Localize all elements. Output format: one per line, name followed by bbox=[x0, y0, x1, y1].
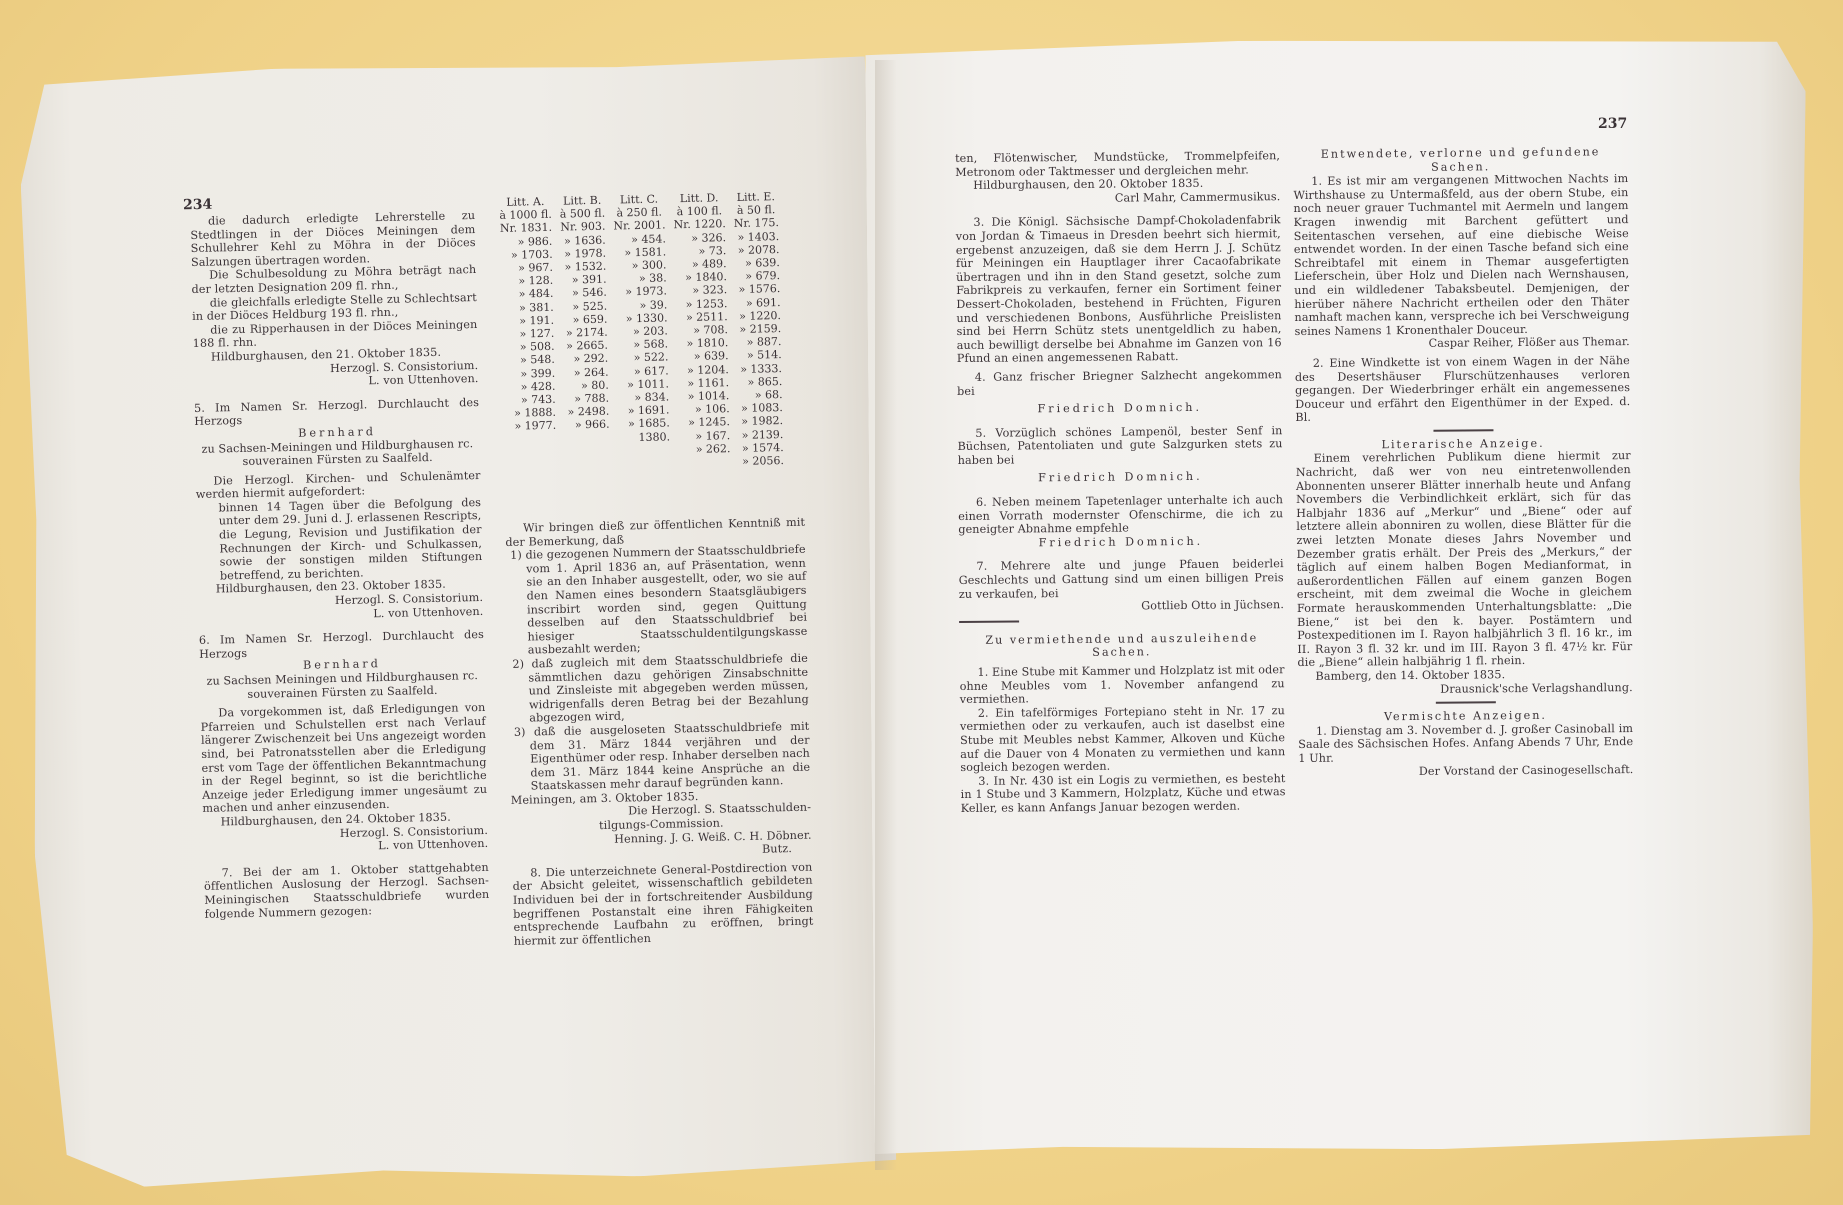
table-cell: Nr. 1220. bbox=[669, 217, 729, 231]
table-cell: » 639. bbox=[672, 349, 732, 363]
paragraph: Da vorgekommen ist, daß Erledigungen von… bbox=[200, 701, 487, 816]
left-column-1: die dadurch erledigte Lehrerstelle zu St… bbox=[190, 209, 490, 921]
paragraph: 4. Ganz frischer Briegner Salzhecht ange… bbox=[957, 368, 1282, 398]
table-cell: » 1574. bbox=[734, 441, 787, 455]
table-cell: » 691. bbox=[731, 296, 784, 310]
table-cell: Nr. 1831. bbox=[496, 221, 557, 235]
table-cell: » 1220. bbox=[732, 309, 785, 323]
table-cell: » 399. bbox=[499, 366, 560, 380]
table-cell: » 546. bbox=[557, 286, 611, 300]
table-cell bbox=[561, 458, 615, 472]
table-cell: » 1333. bbox=[733, 362, 786, 376]
table-cell: » 1253. bbox=[671, 297, 731, 311]
paragraph: ten, Flötenwischer, Mundstücke, Trommelp… bbox=[955, 149, 1280, 179]
table-cell: » 292. bbox=[559, 352, 613, 366]
column-header: Litt. C. bbox=[609, 192, 669, 206]
table-cell: » 68. bbox=[733, 388, 786, 402]
table-cell: » 2139. bbox=[734, 428, 787, 442]
paragraph: 3. Die Königl. Sächsische Dampf-Chokolad… bbox=[956, 214, 1282, 366]
table-cell: » 708. bbox=[672, 323, 732, 337]
paragraph: 2. Eine Windkette ist von einem Wagen in… bbox=[1295, 354, 1631, 425]
table-cell: » 39. bbox=[611, 298, 671, 312]
table-cell: » 323. bbox=[671, 283, 731, 297]
table-cell: Nr. 903. bbox=[556, 220, 610, 234]
table-cell: » 1888. bbox=[499, 406, 560, 420]
table-cell bbox=[500, 446, 561, 460]
table-cell: » 454. bbox=[610, 232, 670, 246]
column-header: Litt. B. bbox=[555, 194, 609, 208]
table-cell: » 381. bbox=[497, 300, 558, 314]
table-cell: » 326. bbox=[670, 231, 730, 245]
table-cell: » 525. bbox=[558, 299, 612, 313]
table-cell: » 2174. bbox=[558, 326, 612, 340]
paragraph: 7. Mehrere alte und junge Pfauen beiderl… bbox=[959, 558, 1284, 602]
table-cell: » 262. bbox=[674, 442, 734, 456]
table-cell: » 639. bbox=[730, 256, 783, 270]
lottery-number-table: Litt. A. Litt. B. Litt. C. Litt. D. Litt… bbox=[495, 190, 788, 473]
table-cell: Nr. 175. bbox=[730, 216, 783, 230]
table-cell: » 489. bbox=[670, 257, 730, 271]
table-cell: 1380. bbox=[614, 430, 674, 444]
table-cell: » 1245. bbox=[674, 416, 734, 430]
table-cell: » 1576. bbox=[731, 282, 784, 296]
column-value: à 50 fl. bbox=[729, 203, 782, 217]
table-cell: » 484. bbox=[497, 287, 558, 301]
paragraph: 1. Dienstag am 3. November d. J. großer … bbox=[1298, 722, 1633, 766]
column-value: à 500 fl. bbox=[556, 207, 610, 221]
paragraph: 7. Bei der am 1. Oktober stattgehabten ö… bbox=[204, 861, 490, 921]
table-cell: » 522. bbox=[612, 351, 672, 365]
table-cell bbox=[614, 456, 674, 470]
table-cell: » 1978. bbox=[556, 246, 610, 260]
table-cell: » 2498. bbox=[560, 405, 614, 419]
table-cell: » 1083. bbox=[733, 401, 786, 415]
table-cell: » 38. bbox=[610, 272, 670, 286]
table-cell: » 128. bbox=[497, 274, 558, 288]
table-cell: » 2159. bbox=[732, 322, 785, 336]
paragraph: binnen 14 Tagen über die Befolgung des u… bbox=[196, 496, 483, 584]
column-value: à 100 fl. bbox=[669, 204, 729, 218]
paragraph: 3. In Nr. 430 ist ein Logis zu vermiethe… bbox=[960, 772, 1285, 816]
list-item: 1) die gezogenen Nummern der Staatsschul… bbox=[506, 543, 808, 658]
paragraph: 8. Die unterzeichnete General-Postdirect… bbox=[512, 860, 814, 948]
table-cell: » 2665. bbox=[558, 339, 612, 353]
table-cell: » 788. bbox=[560, 392, 614, 406]
signature: Gottlieb Otto in Jüchsen. bbox=[959, 598, 1284, 614]
table-cell: » 191. bbox=[497, 314, 558, 328]
section-heading: Zu vermiethende und auszuleihende Sachen… bbox=[959, 631, 1284, 661]
table-cell: Nr. 2001. bbox=[609, 219, 669, 233]
table-cell: » 1982. bbox=[734, 414, 787, 428]
table-cell: » 106. bbox=[673, 402, 733, 416]
paragraph: 1. Es ist mir am vergangenen Mittwochen … bbox=[1293, 172, 1629, 338]
section-heading: Entwendete, verlorne und gefundene Sache… bbox=[1293, 145, 1628, 175]
table-cell: » 1532. bbox=[557, 260, 611, 274]
table-cell: » 1703. bbox=[496, 248, 557, 262]
column-value: à 1000 fl. bbox=[495, 208, 556, 222]
paragraph: 6. Neben meinem Tapetenlager unterhalte … bbox=[958, 493, 1283, 537]
table-cell bbox=[501, 459, 562, 473]
table-cell: » 967. bbox=[496, 261, 557, 275]
table-cell: » 1691. bbox=[613, 404, 673, 418]
table-cell: » 1581. bbox=[610, 245, 670, 259]
table-cell: » 1330. bbox=[611, 311, 671, 325]
table-cell: » 887. bbox=[732, 335, 785, 349]
right-page-number: 237 bbox=[1598, 116, 1627, 132]
table-cell: » 127. bbox=[498, 327, 559, 341]
left-page-number: 234 bbox=[183, 197, 213, 214]
table-cell: » 548. bbox=[498, 353, 559, 367]
column-header: Litt. A. bbox=[495, 195, 556, 209]
table-cell: » 264. bbox=[559, 365, 613, 379]
table-cell: » 167. bbox=[674, 429, 734, 443]
table-cell: » 1161. bbox=[673, 376, 733, 390]
table-cell: » 1840. bbox=[671, 270, 731, 284]
table-cell: » 514. bbox=[732, 348, 785, 362]
table-cell: » 1973. bbox=[611, 285, 671, 299]
table-cell: » 73. bbox=[670, 244, 730, 258]
table-cell: » 428. bbox=[499, 380, 560, 394]
table-cell: » 1014. bbox=[673, 389, 733, 403]
table-cell bbox=[674, 455, 734, 469]
table-cell: » 391. bbox=[557, 273, 611, 287]
list-item: 3) daß die ausgeloseten Staatsschuldbrie… bbox=[509, 720, 810, 794]
page-gutter-shadow bbox=[875, 60, 897, 1170]
table-cell: » 508. bbox=[498, 340, 559, 354]
column-header: Litt. E. bbox=[729, 190, 782, 204]
table-cell: » 679. bbox=[731, 269, 784, 283]
table-cell: » 1403. bbox=[730, 230, 783, 244]
table-cell bbox=[560, 431, 614, 445]
table-cell: » 1810. bbox=[672, 336, 732, 350]
right-column-2: Entwendete, verlorne und gefundene Sache… bbox=[1293, 145, 1633, 779]
table-cell: » 617. bbox=[612, 364, 672, 378]
table-cell: » 659. bbox=[558, 312, 612, 326]
column-value: à 250 fl. bbox=[609, 206, 669, 220]
table-cell: » 834. bbox=[613, 390, 673, 404]
table-cell: » 2056. bbox=[735, 454, 788, 468]
table-cell: » 300. bbox=[610, 258, 670, 272]
table-cell: » 986. bbox=[496, 234, 557, 248]
list-item: 2) daß zugleich mit dem Staatsschuldbrie… bbox=[508, 652, 809, 726]
table-cell: » 2511. bbox=[671, 310, 731, 324]
table-cell bbox=[500, 432, 561, 446]
table-cell: » 743. bbox=[499, 393, 560, 407]
paragraph: Einem verehrlichen Publikum diene hiermi… bbox=[1296, 450, 1633, 670]
left-column-2: Wir bringen dieß zur öffentlichen Kenntn… bbox=[505, 516, 814, 949]
table-cell bbox=[561, 444, 615, 458]
table-cell: » 966. bbox=[560, 418, 614, 432]
paragraph: 2. Ein tafelförmiges Fortepiano steht in… bbox=[960, 704, 1286, 775]
column-header: Litt. D. bbox=[669, 191, 729, 205]
table-cell: » 1685. bbox=[613, 417, 673, 431]
table-cell: » 80. bbox=[559, 378, 613, 392]
table-cell bbox=[614, 443, 674, 457]
table-cell: » 1204. bbox=[673, 363, 733, 377]
table-cell: » 1977. bbox=[500, 419, 561, 433]
paragraph: die dadurch erledigte Lehrerstelle zu St… bbox=[190, 209, 476, 269]
paragraph: 1. Eine Stube mit Kammer und Holzplatz i… bbox=[959, 663, 1284, 707]
table-cell: » 1011. bbox=[613, 377, 673, 391]
table-cell: » 1636. bbox=[556, 233, 610, 247]
table-cell: » 568. bbox=[612, 338, 672, 352]
signature: Der Vorstand der Casinogesellschaft. bbox=[1298, 763, 1633, 780]
table-cell: » 2078. bbox=[730, 243, 783, 257]
table-cell: » 203. bbox=[612, 324, 672, 338]
right-column-1: ten, Flötenwischer, Mundstücke, Trommelp… bbox=[955, 149, 1286, 815]
table-cell: » 865. bbox=[733, 375, 786, 389]
paragraph: 5. Vorzüglich schönes Lampenöl, bester S… bbox=[957, 424, 1282, 468]
